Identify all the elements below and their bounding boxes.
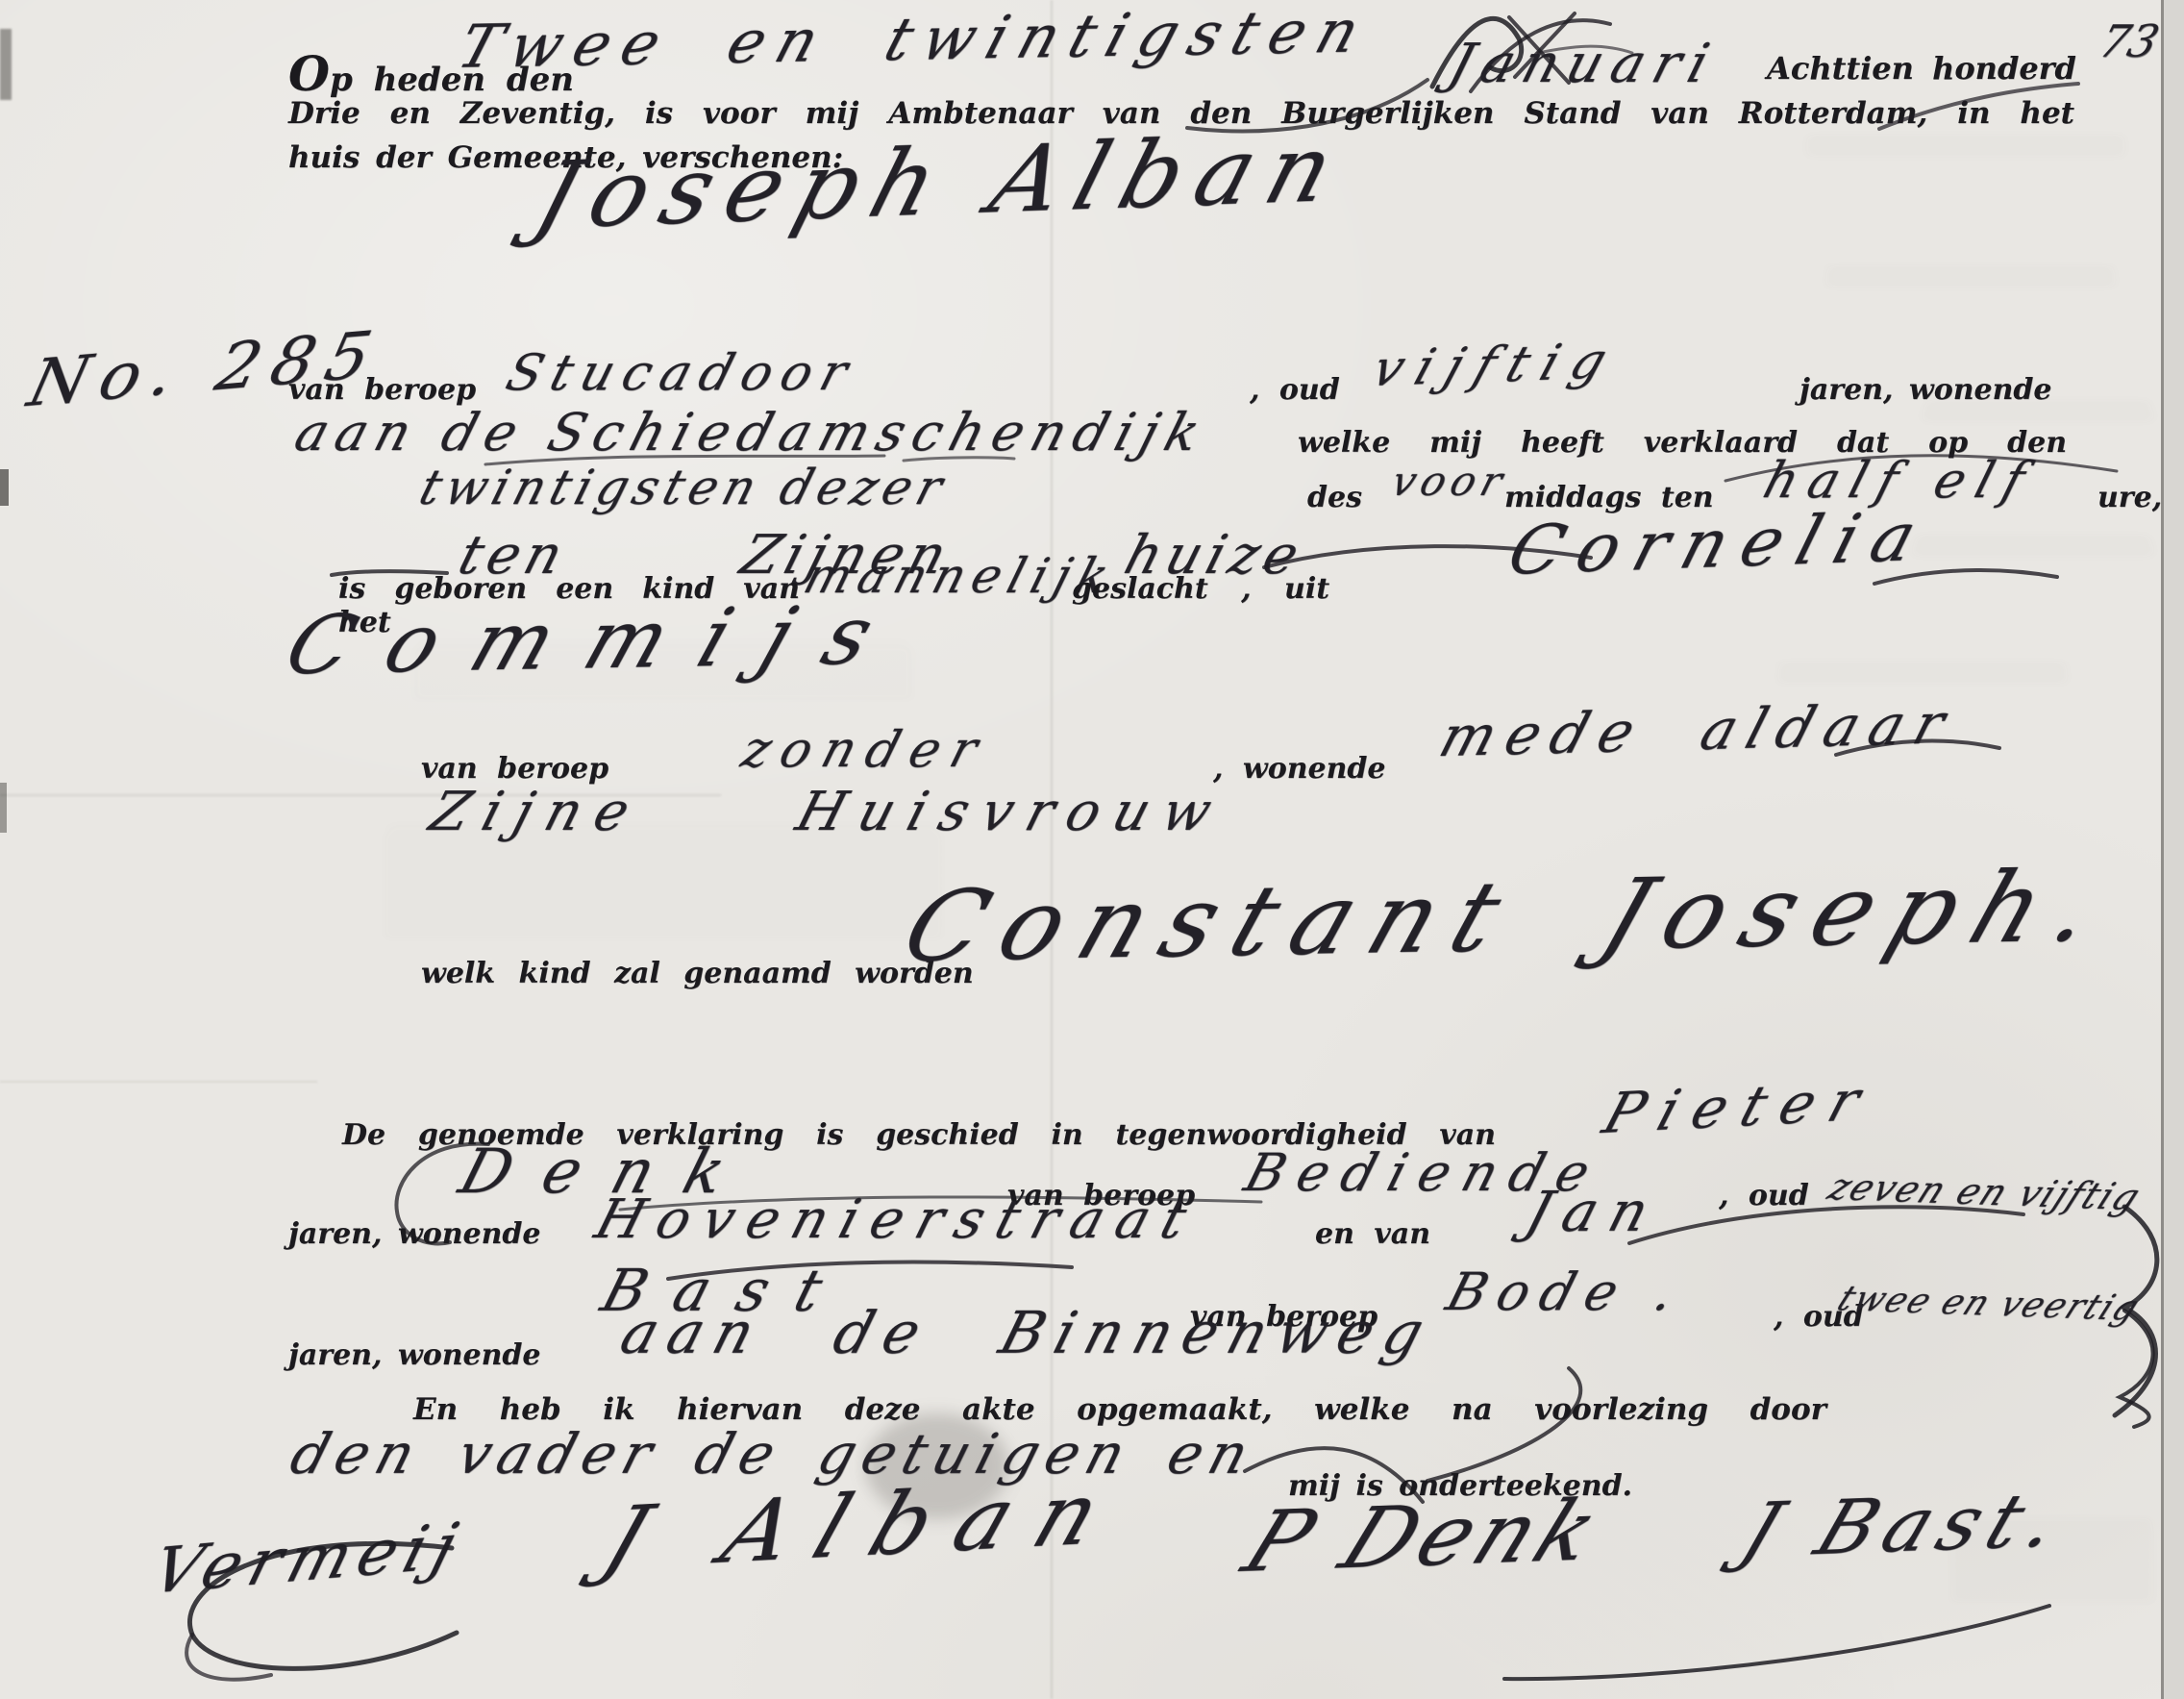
signature-witness2: J Bast. <box>1730 1478 2080 1575</box>
hw-mother-residence: mede aldaar <box>1432 690 1964 769</box>
hw-daypart: voor <box>1386 458 1513 505</box>
edge-mark-left-2 <box>0 783 7 833</box>
hw-mother-relation: Zijne Huisvrouw <box>423 781 1233 843</box>
scan-edge-line-right <box>2161 0 2164 1699</box>
printed-en-van: en van <box>1315 1217 1430 1251</box>
signature-witness1: P Denk <box>1230 1481 1618 1591</box>
hw-mother-first-name: Cornelia <box>1500 497 1941 590</box>
printed-w1-oud: , oud <box>1719 1179 1809 1212</box>
hw-date-month: Januari <box>1442 33 1725 95</box>
printed-w2-jaren-wonende: jaren, wonende <box>288 1338 541 1372</box>
bleedthrough-smudge <box>1807 135 2124 160</box>
page-number: 73 <box>2094 15 2165 67</box>
hw-declarant-age: vijftig <box>1365 332 1627 398</box>
hw-child-name: Constant Joseph. <box>889 849 2129 985</box>
bleedthrough-smudge <box>1923 404 2153 425</box>
printed-oud-1: , oud <box>1250 373 1340 407</box>
printed-welk-kind: welk kind zal genaamd worden <box>421 957 974 990</box>
hw-witness1-age: zeven en vijftig <box>1822 1165 2148 1218</box>
hw-birth-day: twintigsten dezer <box>413 460 955 515</box>
edge-mark-left-1 <box>0 469 9 506</box>
ink-flourish-bast-underline <box>1500 1596 2057 1692</box>
printed-geslacht-uit: geslacht , uit <box>1072 572 1329 606</box>
printed-wonende-2: , wonende <box>1213 752 1386 786</box>
bleedthrough-smudge <box>1826 267 2115 290</box>
fold-crease-horizontal-left-2 <box>0 1081 317 1083</box>
hw-witness2-age: twee en veertig <box>1831 1279 2147 1329</box>
hw-mother-last-name: Commijs <box>274 587 922 692</box>
printed-year-part1: Achttien honderd <box>1767 50 2076 87</box>
hw-witness2-residence: aan de Binnenweg <box>613 1300 1442 1367</box>
hw-witness1-residence: Hovenierstraat <box>588 1188 1206 1251</box>
scan-edge-band-right <box>2164 0 2184 1699</box>
hw-declarant-occupation: Stucadoor <box>500 344 863 402</box>
printed-ure: ure, <box>2097 481 2162 514</box>
hw-witness1-first-name: Pieter <box>1596 1067 1883 1146</box>
signature-registrar: Vermeij <box>144 1509 472 1609</box>
printed-des: des <box>1307 481 1362 514</box>
bleedthrough-smudge <box>1913 538 2153 560</box>
hw-mother-occupation: zonder <box>735 721 995 779</box>
hw-witness2-first-name: Jan <box>1519 1179 1670 1244</box>
hw-declarant-name: Joseph Alban <box>524 114 1360 250</box>
birth-certificate-page: 73 Op heden den Twee en twintigsten Janu… <box>0 0 2184 1699</box>
hw-witness2-occupation: Bode . <box>1440 1262 1693 1322</box>
printed-jaren-wonende-1: jaren, wonende <box>1799 373 2052 407</box>
bleedthrough-smudge <box>1778 663 2067 687</box>
hw-declarant-residence: aan de Schiedamschendijk <box>288 402 1215 462</box>
edge-mark-top-left <box>0 29 12 100</box>
hw-date-day: Twee en twintigsten <box>450 0 1380 82</box>
bleedthrough-smudge <box>385 827 942 942</box>
printed-w1-jaren-wonende: jaren, wonende <box>288 1217 541 1251</box>
